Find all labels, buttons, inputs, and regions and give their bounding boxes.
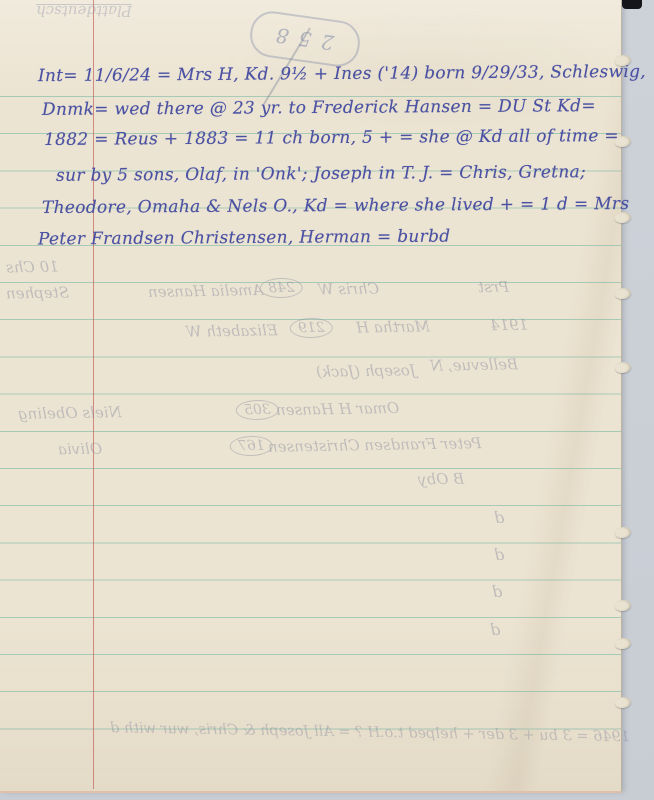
torn-edge-tuft [614, 526, 631, 539]
torn-edge-tuft [614, 287, 631, 300]
bleed-fragment: Chris W [318, 279, 379, 298]
bleed-fragment: Omar H Hansen [276, 399, 399, 419]
bleed-fragment: Bellevue, N [430, 355, 518, 375]
bleed-d-mark: d [492, 582, 503, 601]
bleed-fragment: B Oby [418, 470, 464, 489]
bleed-fragment: Peter Frandsen Christensen [268, 434, 482, 456]
bleed-fragment: Elizabeth W [186, 321, 278, 341]
bleed-fragment: Stephen [6, 283, 69, 302]
handwriting-line-3: 1882 = Reus + 1883 = 11 ch born, 5 + = s… [44, 126, 619, 150]
bleed-fragment: Prst [478, 278, 509, 297]
torn-edge-tuft [614, 599, 631, 612]
bleed-d-mark: d [490, 620, 501, 639]
bleed-fragment: Joseph (Jack) [316, 361, 416, 381]
torn-edge-tuft [614, 637, 631, 650]
bleed-fragment: Olivia [58, 440, 102, 459]
bleed-fragment: Amelia Hansen [148, 281, 263, 301]
bleed-fragment: Niels Obeling [18, 403, 122, 423]
torn-edge-tuft [614, 135, 631, 148]
bleed-fragment: 10 Chs [6, 258, 59, 277]
bleed-fragment: 1914 [490, 316, 528, 335]
notebook-page: Plattdeutsch 258 Int= 11/6/24 = Mrs H, K… [0, 0, 622, 793]
handwriting-line-4: sur by 5 sons, Olaf, in 'Onk'; Joseph in… [56, 162, 586, 186]
handwriting-line-2: Dnmk= wed there @ 23 yr. to Frederick Ha… [42, 96, 596, 120]
bleed-fragment: Martha H [356, 317, 430, 336]
handwriting-line-6: Peter Frandsen Christensen, Herman = bur… [38, 227, 451, 250]
bleed-d-mark: d [494, 545, 505, 564]
scanned-document: Plattdeutsch 258 Int= 11/6/24 = Mrs H, K… [0, 0, 654, 800]
scanner-edge-notch [622, 0, 642, 9]
torn-edge-tuft [614, 211, 631, 224]
torn-edge-tuft [614, 696, 631, 709]
handwriting-line-5: Theodore, Omaha & Nels O., Kd = where sh… [42, 194, 629, 218]
torn-edge-tuft [614, 361, 631, 374]
bleed-d-mark: d [494, 508, 505, 527]
handwriting-line-1: Int= 11/6/24 = Mrs H, Kd. 9½ + Ines ('14… [38, 62, 646, 86]
upside-down-corner-note: Plattdeutsch [14, 2, 154, 20]
